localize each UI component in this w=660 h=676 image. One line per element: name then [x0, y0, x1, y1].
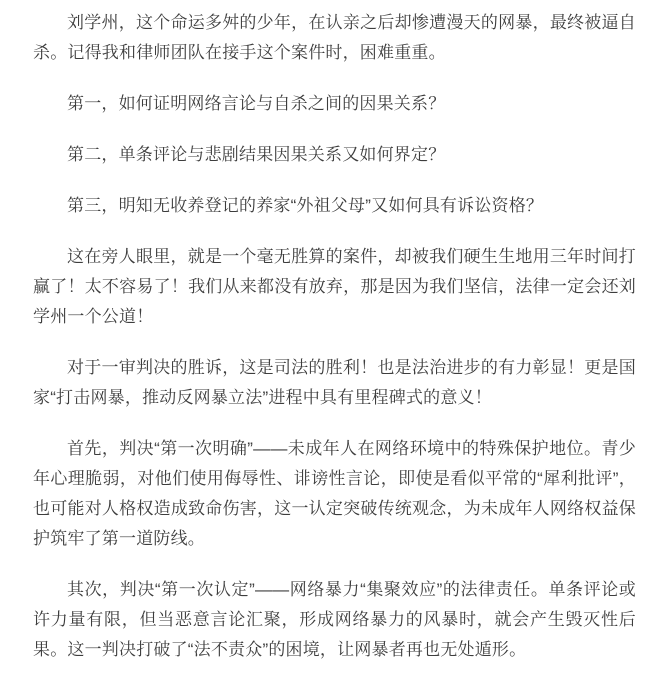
paragraph-question-3: 第三，明知无收养登记的养家“外祖父母”又如何具有诉讼资格？: [33, 191, 636, 221]
paragraph-intro: 刘学州，这个命运多舛的少年，在认亲之后却惨遭漫天的网暴，最终被逼自杀。记得我和律…: [33, 8, 636, 68]
paragraph-question-1: 第一，如何证明网络言论与自杀之间的因果关系？: [33, 89, 636, 119]
paragraph-case-result: 这在旁人眼里，就是一个毫无胜算的案件，却被我们硬生生地用三年时间打赢了！太不容易…: [33, 242, 636, 332]
paragraph-first-point: 首先，判决“第一次明确”——未成年人在网络环境中的特殊保护地位。青少年心理脆弱，…: [33, 434, 636, 554]
paragraph-question-2: 第二，单条评论与悲剧结果因果关系又如何界定？: [33, 140, 636, 170]
paragraph-verdict: 对于一审判决的胜诉，这是司法的胜利！也是法治进步的有力彰显！更是国家“打击网暴，…: [33, 353, 636, 413]
paragraph-second-point: 其次，判决“第一次认定”——网络暴力“集聚效应”的法律责任。单条评论或许力量有限…: [33, 575, 636, 665]
article-body: 刘学州，这个命运多舛的少年，在认亲之后却惨遭漫天的网暴，最终被逼自杀。记得我和律…: [0, 0, 660, 665]
